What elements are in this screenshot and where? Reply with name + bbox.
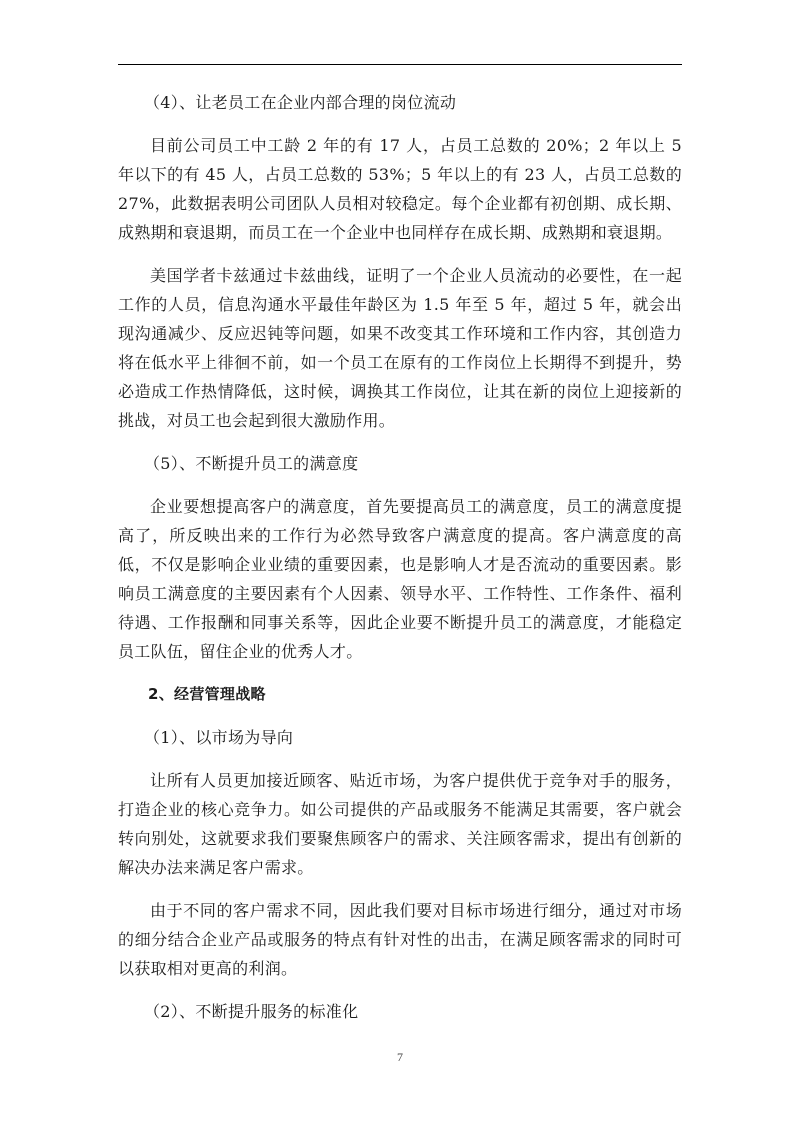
subheading-market-oriented: （1）、以市场为导向 [118, 723, 682, 752]
paragraph-customer-focus: 让所有人员更加接近顾客、贴近市场，为客户提供优于竞争对手的服务，打造企业的核心竞… [118, 766, 682, 882]
page-number: 7 [0, 1050, 800, 1065]
paragraph-market-segmentation: 由于不同的客户需求不同，因此我们要对目标市场进行细分，通过对市场的细分结合企业产… [118, 896, 682, 983]
paragraph-katz-curve: 美国学者卡兹通过卡兹曲线，证明了一个企业人员流动的必要性，在一起工作的人员，信息… [118, 261, 682, 435]
subheading-job-rotation: （4）、让老员工在企业内部合理的岗位流动 [118, 88, 682, 117]
subheading-service-standardization: （2）、不断提升服务的标准化 [118, 997, 682, 1026]
paragraph-satisfaction: 企业要想提高客户的满意度，首先要提高员工的满意度，员工的满意度提高了，所反映出来… [118, 492, 682, 666]
header-rule [118, 64, 682, 65]
paragraph-staff-tenure: 目前公司员工中工龄 2 年的有 17 人，占员工总数的 20%；2 年以上 5 … [118, 131, 682, 247]
subheading-employee-satisfaction: （5）、不断提升员工的满意度 [118, 449, 682, 478]
document-body: （4）、让老员工在企业内部合理的岗位流动 目前公司员工中工龄 2 年的有 17 … [118, 88, 682, 1040]
section-heading-business-strategy: 2、经营管理战略 [118, 680, 682, 709]
